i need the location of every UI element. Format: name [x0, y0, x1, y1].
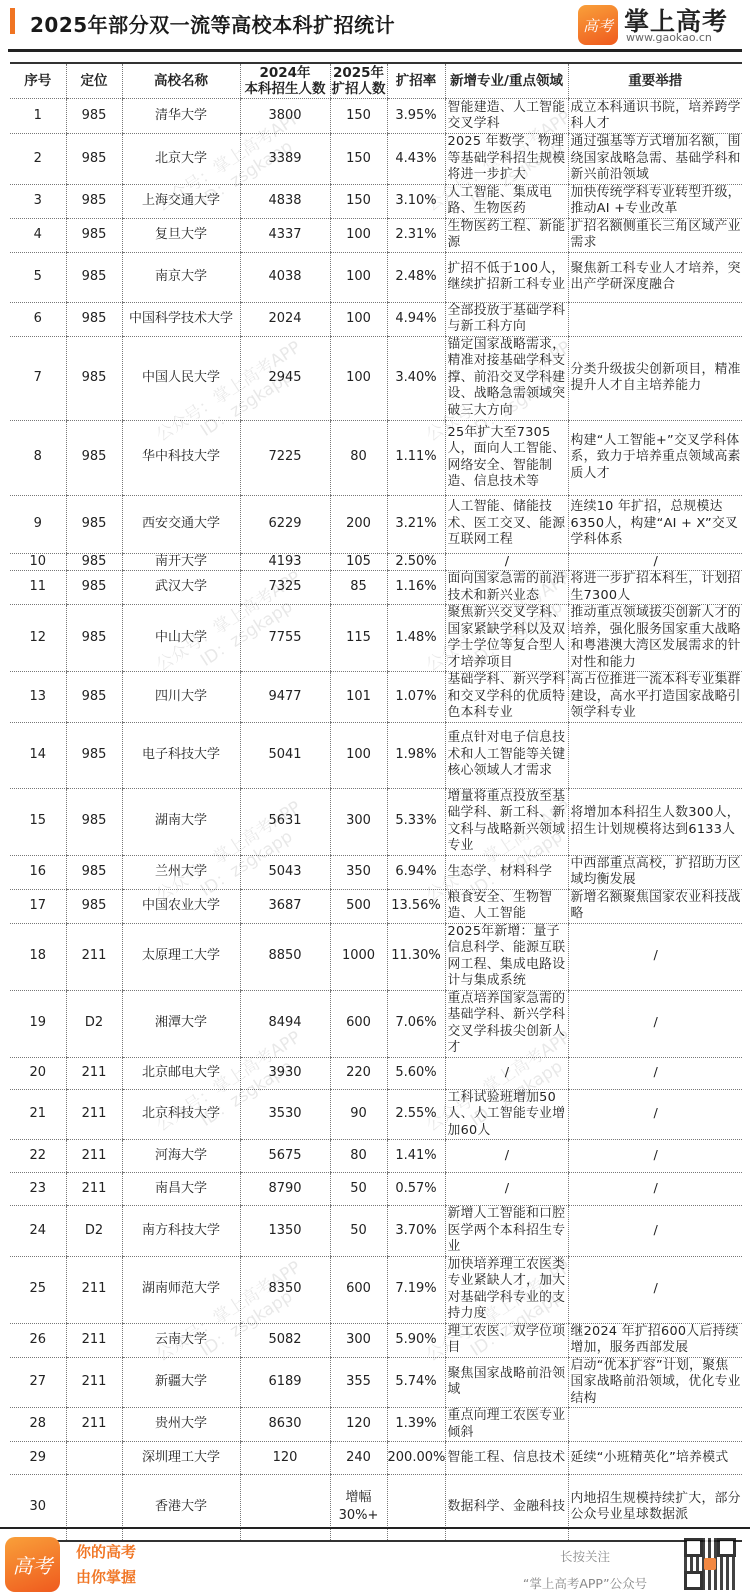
table-row: 18211太原理工大学8850100011.30%2025年新增：量子信息科学、…	[10, 923, 742, 990]
cell-name: 湖南师范大学	[122, 1256, 240, 1323]
cell-name: 新疆大学	[122, 1357, 240, 1408]
cell-measures: 构建“人工智能+”交叉学科体系，致力于培养重点领域高素质人才	[568, 420, 742, 495]
cell-tier: 985	[66, 336, 122, 420]
col-header-enroll-2024-l2: 本科招生人数	[245, 81, 326, 97]
cell-measures: /	[568, 1173, 742, 1206]
cell-expand-2025: 150	[330, 134, 387, 185]
table-row: 8985华中科技大学7225801.11%25年扩大至7305人，面向人工智能、…	[10, 420, 742, 495]
slogan-line-2: 由你掌握	[76, 1565, 136, 1590]
cell-rate	[387, 1475, 445, 1541]
cell-focus: 重点针对电子信息技术和人工智能等关键核心领域人才需求	[445, 722, 568, 788]
cell-expand-2025: 600	[330, 1256, 387, 1323]
cell-name: 中国科学技术大学	[122, 302, 240, 336]
col-header-tier: 定位	[66, 63, 122, 99]
cell-focus: /	[445, 553, 568, 571]
cell-name: 兰州大学	[122, 855, 240, 889]
table-row: 22211河海大学5675801.41%//	[10, 1140, 742, 1173]
cell-tier: 211	[66, 1089, 122, 1140]
cell-rate: 2.50%	[387, 553, 445, 571]
cell-measures: /	[568, 1140, 742, 1173]
cell-measures: 高占位推进一流本科专业集群建设，高水平打造国家战略引领学科专业	[568, 672, 742, 723]
cell-focus: 智能建造、人工智能交叉学科	[445, 99, 568, 134]
cell-focus: /	[445, 1173, 568, 1206]
cell-expand-2025: 150	[330, 99, 387, 134]
cell-measures: /	[568, 923, 742, 990]
cell-tier: 985	[66, 252, 122, 302]
cell-measures: 通过强基等方式增加名额，围绕国家战略急需、基础学科和新兴前沿领域	[568, 134, 742, 185]
table-row: 15985湖南大学56313005.33%增量将重点投放至基础学科、新工科、新文…	[10, 788, 742, 855]
table-row: 25211湖南师范大学83506007.19%加快培养理工农医类专业紧缺人才，加…	[10, 1256, 742, 1323]
cell-no: 21	[10, 1089, 66, 1140]
cell-name: 中国农业大学	[122, 889, 240, 923]
cell-expand-2025: 115	[330, 605, 387, 672]
cell-no: 26	[10, 1323, 66, 1357]
cell-name: 电子科技大学	[122, 722, 240, 788]
cell-rate: 1.11%	[387, 420, 445, 495]
cell-enroll-2024: 4038	[240, 252, 330, 302]
cell-expand-2025: 50	[330, 1206, 387, 1257]
cell-measures: 将进一步扩招本科生，计划招生7300人	[568, 571, 742, 605]
cell-expand-2025: 200	[330, 495, 387, 553]
table-row: 4985复旦大学43371002.31%生物医药工程、新能源扩招名额侧重长三角区…	[10, 218, 742, 252]
cell-enroll-2024: 4337	[240, 218, 330, 252]
table-row: 13985四川大学94771011.07%基础学科、新兴学科和交叉学科的优质特色…	[10, 672, 742, 723]
cell-enroll-2024: 5041	[240, 722, 330, 788]
cell-name: 复旦大学	[122, 218, 240, 252]
cell-focus: 人工智能、储能技术、医工交叉、能源互联网工程	[445, 495, 568, 553]
slogan-line-1: 你的高考	[76, 1540, 136, 1565]
cell-no: 10	[10, 553, 66, 571]
cell-name: 南京大学	[122, 252, 240, 302]
cell-enroll-2024: 3530	[240, 1089, 330, 1140]
cell-measures: /	[568, 1089, 742, 1140]
cell-enroll-2024: 3930	[240, 1057, 330, 1089]
cell-name: 清华大学	[122, 99, 240, 134]
cell-focus: 加快培养理工农医类专业紧缺人才，加大对基础学科专业的支持力度	[445, 1256, 568, 1323]
cell-enroll-2024: 8494	[240, 990, 330, 1057]
table-row: 27211新疆大学61893555.74%聚焦国家战略前沿领域启动“优本扩容”计…	[10, 1357, 742, 1408]
cell-enroll-2024: 9477	[240, 672, 330, 723]
cell-enroll-2024: 6189	[240, 1357, 330, 1408]
cell-name: 西安交通大学	[122, 495, 240, 553]
cell-tier: 985	[66, 218, 122, 252]
cell-tier: 211	[66, 1173, 122, 1206]
cell-focus: 基础学科、新兴学科和交叉学科的优质特色本科专业	[445, 672, 568, 723]
cell-no: 18	[10, 923, 66, 990]
cell-no: 28	[10, 1408, 66, 1442]
cell-measures: /	[568, 553, 742, 571]
cell-focus: 重点向理工农医专业倾斜	[445, 1408, 568, 1442]
follow-line-2: “掌上高考APP”公众号	[520, 1570, 650, 1596]
cell-focus: 智能工程、信息技术	[445, 1442, 568, 1475]
cell-no: 5	[10, 252, 66, 302]
cell-enroll-2024: 1350	[240, 1206, 330, 1257]
cell-name: 中山大学	[122, 605, 240, 672]
cell-name: 四川大学	[122, 672, 240, 723]
cell-rate: 6.94%	[387, 855, 445, 889]
table-row: 1985清华大学38001503.95%智能建造、人工智能交叉学科成立本科通识书…	[10, 99, 742, 134]
cell-enroll-2024: 8630	[240, 1408, 330, 1442]
cell-no: 8	[10, 420, 66, 495]
cell-focus: 重点培养国家急需的基础学科、新兴学科交叉学科拔尖创新人才	[445, 990, 568, 1057]
cell-tier: 985	[66, 889, 122, 923]
cell-enroll-2024: 7325	[240, 571, 330, 605]
col-header-enroll-2024: 2024年本科招生人数	[240, 63, 330, 99]
follow-line-1: 长按关注	[520, 1543, 650, 1570]
table-row: 26211云南大学50823005.90%理工农医、双学位项目继2024 年扩招…	[10, 1323, 742, 1357]
col-header-name: 高校名称	[122, 63, 240, 99]
cell-enroll-2024: 7755	[240, 605, 330, 672]
table-row: 12985中山大学77551151.48%聚焦新兴交叉学科、国家紧缺学科以及双学…	[10, 605, 742, 672]
header-divider	[8, 49, 742, 52]
cell-measures: 推动重点领域拔尖创新人才的培养，强化服务国家重大战略和粤港澳大湾区发展需求的针对…	[568, 605, 742, 672]
cell-focus: 锚定国家战略需求，精准对接基础学科支撑、前沿交叉学科建设、战略急需领域突破三大方…	[445, 336, 568, 420]
cell-measures: 启动“优本扩容”计划，聚焦国家战略前沿领域，优化专业结构	[568, 1357, 742, 1408]
cell-enroll-2024: 3800	[240, 99, 330, 134]
cell-tier: 985	[66, 184, 122, 218]
cell-tier: D2	[66, 1206, 122, 1257]
cell-tier: 211	[66, 923, 122, 990]
cell-focus: 2025年新增：量子信息科学、能源互联网工程、集成电路设计与集成系统	[445, 923, 568, 990]
cell-tier: 985	[66, 420, 122, 495]
cell-expand-2025: 220	[330, 1057, 387, 1089]
cell-expand-2025: 500	[330, 889, 387, 923]
cell-expand-2025: 80	[330, 1140, 387, 1173]
cell-tier: D2	[66, 990, 122, 1057]
cell-rate: 3.95%	[387, 99, 445, 134]
table-row: 11985武汉大学7325851.16%面向国家急需的前沿技术和新兴业态将进一步…	[10, 571, 742, 605]
cell-measures: /	[568, 1256, 742, 1323]
cell-enroll-2024: 8350	[240, 1256, 330, 1323]
col-header-expand-2025-l2: 扩招人数	[332, 81, 386, 97]
qr-code-icon[interactable]	[684, 1538, 736, 1590]
cell-tier: 985	[66, 788, 122, 855]
table-row: 29深圳理工大学120240200.00%智能工程、信息技术延续“小班精英化”培…	[10, 1442, 742, 1475]
cell-expand-2025: 600	[330, 990, 387, 1057]
cell-name: 南开大学	[122, 553, 240, 571]
cell-no: 19	[10, 990, 66, 1057]
cell-measures	[568, 1408, 742, 1442]
cell-measures: 将增加本科招生人数300人，招生计划规模将达到6133人	[568, 788, 742, 855]
page-title: 2025年部分双一流等高校本科扩招统计	[30, 9, 395, 38]
cell-enroll-2024	[240, 1475, 330, 1541]
col-header-rate: 扩招率	[387, 63, 445, 99]
cell-enroll-2024: 5043	[240, 855, 330, 889]
cell-enroll-2024: 4838	[240, 184, 330, 218]
cell-enroll-2024: 3389	[240, 134, 330, 185]
cell-expand-2025: 101	[330, 672, 387, 723]
table-row: 23211南昌大学8790500.57%//	[10, 1173, 742, 1206]
cell-measures: 聚焦新工科专业人才培养，突出产学研深度融合	[568, 252, 742, 302]
table-header-row: 序号 定位 高校名称 2024年本科招生人数 2025年扩招人数 扩招率 新增专…	[10, 63, 742, 99]
cell-no: 27	[10, 1357, 66, 1408]
cell-expand-2025: 100	[330, 252, 387, 302]
cell-measures: 延续“小班精英化”培养模式	[568, 1442, 742, 1475]
cell-no: 24	[10, 1206, 66, 1257]
cell-rate: 200.00%	[387, 1442, 445, 1475]
cell-no: 2	[10, 134, 66, 185]
cell-tier: 211	[66, 1140, 122, 1173]
cell-name: 香港大学	[122, 1475, 240, 1541]
cell-measures: 中西部重点高校，扩招助力区域均衡发展	[568, 855, 742, 889]
table-row: 9985西安交通大学62292003.21%人工智能、储能技术、医工交叉、能源互…	[10, 495, 742, 553]
cell-rate: 0.57%	[387, 1173, 445, 1206]
cell-tier: 211	[66, 1256, 122, 1323]
cell-rate: 2.31%	[387, 218, 445, 252]
table-row: 5985南京大学40381002.48%扩招不低于100人，继续扩招新工科专业聚…	[10, 252, 742, 302]
cell-focus: 理工农医、双学位项目	[445, 1323, 568, 1357]
cell-enroll-2024: 3687	[240, 889, 330, 923]
cell-name: 湖南大学	[122, 788, 240, 855]
cell-tier: 985	[66, 302, 122, 336]
cell-focus: 新增人工智能和口腔医学两个本科招生专业	[445, 1206, 568, 1257]
cell-measures: 扩招名额侧重长三角区域产业需求	[568, 218, 742, 252]
cell-tier	[66, 1475, 122, 1541]
cell-focus: 面向国家急需的前沿技术和新兴业态	[445, 571, 568, 605]
cell-rate: 2.55%	[387, 1089, 445, 1140]
footer-divider	[0, 1527, 750, 1529]
cell-no: 1	[10, 99, 66, 134]
title-accent-bar	[10, 8, 15, 34]
cell-enroll-2024: 8850	[240, 923, 330, 990]
cell-expand-2025: 120	[330, 1408, 387, 1442]
cell-rate: 1.41%	[387, 1140, 445, 1173]
cell-no: 22	[10, 1140, 66, 1173]
cell-name: 北京邮电大学	[122, 1057, 240, 1089]
cell-enroll-2024: 2945	[240, 336, 330, 420]
cell-expand-2025: 300	[330, 788, 387, 855]
cell-measures: 成立本科通识书院，培养跨学科人才	[568, 99, 742, 134]
table-row: 21211北京科技大学3530902.55%工科试验班增加50人、人工智能专业增…	[10, 1089, 742, 1140]
cell-name: 华中科技大学	[122, 420, 240, 495]
table-row: 10985南开大学41931052.50%//	[10, 553, 742, 571]
cell-expand-2025: 240	[330, 1442, 387, 1475]
cell-measures: 加快传统学科专业转型升级，推动AI +专业改革	[568, 184, 742, 218]
cell-tier: 211	[66, 1323, 122, 1357]
cell-no: 15	[10, 788, 66, 855]
table-row: 7985中国人民大学29451003.40%锚定国家战略需求，精准对接基础学科支…	[10, 336, 742, 420]
cell-rate: 1.98%	[387, 722, 445, 788]
cell-expand-2025: 80	[330, 420, 387, 495]
cell-measures: /	[568, 1206, 742, 1257]
cell-rate: 3.10%	[387, 184, 445, 218]
cell-rate: 13.56%	[387, 889, 445, 923]
cell-enroll-2024: 120	[240, 1442, 330, 1475]
brand-url: www.gaokao.cn	[626, 31, 712, 44]
footer-slogan: 你的高考 由你掌握	[76, 1540, 136, 1590]
cell-enroll-2024: 4193	[240, 553, 330, 571]
cell-no: 30	[10, 1475, 66, 1541]
table-row: 3985上海交通大学48381503.10%人工智能、集成电路、生物医药加快传统…	[10, 184, 742, 218]
table-row: 30香港大学增幅30%+数据科学、金融科技内地招生规模持续扩大，部分公众号业星球…	[10, 1475, 742, 1541]
cell-focus: 数据科学、金融科技	[445, 1475, 568, 1541]
cell-name: 北京科技大学	[122, 1089, 240, 1140]
cell-focus: 聚焦国家战略前沿领域	[445, 1357, 568, 1408]
cell-measures: 分类升级拔尖创新项目，精准提升人才自主培养能力	[568, 336, 742, 420]
cell-enroll-2024: 2024	[240, 302, 330, 336]
cell-expand-2025: 增幅30%+	[330, 1475, 387, 1541]
table-row: 14985电子科技大学50411001.98%重点针对电子信息技术和人工智能等关…	[10, 722, 742, 788]
cell-rate: 4.94%	[387, 302, 445, 336]
cell-name: 深圳理工大学	[122, 1442, 240, 1475]
cell-no: 14	[10, 722, 66, 788]
cell-enroll-2024: 5082	[240, 1323, 330, 1357]
cell-tier	[66, 1442, 122, 1475]
cell-no: 3	[10, 184, 66, 218]
cell-expand-2025: 90	[330, 1089, 387, 1140]
follow-prompt: 长按关注 “掌上高考APP”公众号	[520, 1543, 650, 1596]
cell-measures: /	[568, 990, 742, 1057]
cell-no: 9	[10, 495, 66, 553]
cell-expand-2025: 100	[330, 302, 387, 336]
cell-name: 贵州大学	[122, 1408, 240, 1442]
cell-no: 29	[10, 1442, 66, 1475]
cell-name: 南方科技大学	[122, 1206, 240, 1257]
cell-focus: 全部投放于基础学科与新工科方向	[445, 302, 568, 336]
cell-focus: 生物医药工程、新能源	[445, 218, 568, 252]
cell-measures: 新增名额聚焦国家农业科技战略	[568, 889, 742, 923]
footer-logo-icon: 高考	[5, 1537, 60, 1592]
cell-focus: 25年扩大至7305人，面向人工智能、网络安全、智能制造、信息技术等	[445, 420, 568, 495]
cell-expand-2025: 85	[330, 571, 387, 605]
table-row: 16985兰州大学50433506.94%生态学、材料科学中西部重点高校，扩招助…	[10, 855, 742, 889]
cell-tier: 985	[66, 495, 122, 553]
cell-name: 湘潭大学	[122, 990, 240, 1057]
table-row: 17985中国农业大学368750013.56%粮食安全、生物智造、人工智能新增…	[10, 889, 742, 923]
cell-tier: 211	[66, 1057, 122, 1089]
table-row: 2985北京大学33891504.43%2025 年数学、物理等基础学科招生规模…	[10, 134, 742, 185]
cell-name: 南昌大学	[122, 1173, 240, 1206]
cell-focus: /	[445, 1057, 568, 1089]
cell-rate: 3.40%	[387, 336, 445, 420]
cell-expand-2025: 100	[330, 218, 387, 252]
cell-rate: 3.21%	[387, 495, 445, 553]
cell-rate: 1.16%	[387, 571, 445, 605]
cell-tier: 985	[66, 605, 122, 672]
cell-enroll-2024: 6229	[240, 495, 330, 553]
cell-rate: 5.74%	[387, 1357, 445, 1408]
cell-focus: 扩招不低于100人，继续扩招新工科专业	[445, 252, 568, 302]
table-row: 20211北京邮电大学39302205.60%//	[10, 1057, 742, 1089]
cell-tier: 985	[66, 99, 122, 134]
cell-name: 河海大学	[122, 1140, 240, 1173]
cell-rate: 3.70%	[387, 1206, 445, 1257]
page-header: 2025年部分双一流等高校本科扩招统计 高考 掌上高考 www.gaokao.c…	[0, 0, 750, 48]
cell-no: 20	[10, 1057, 66, 1089]
cell-expand-2025: 105	[330, 553, 387, 571]
cell-tier: 985	[66, 134, 122, 185]
cell-expand-2025: 350	[330, 855, 387, 889]
cell-rate: 1.07%	[387, 672, 445, 723]
cell-name: 中国人民大学	[122, 336, 240, 420]
cell-no: 13	[10, 672, 66, 723]
cell-tier: 985	[66, 722, 122, 788]
cell-name: 上海交通大学	[122, 184, 240, 218]
col-header-enroll-2024-l1: 2024年	[259, 65, 310, 81]
cell-enroll-2024: 5631	[240, 788, 330, 855]
table-body: 1985清华大学38001503.95%智能建造、人工智能交叉学科成立本科通识书…	[10, 99, 742, 1541]
cell-measures	[568, 302, 742, 336]
cell-enroll-2024: 5675	[240, 1140, 330, 1173]
cell-enroll-2024: 7225	[240, 420, 330, 495]
cell-rate: 1.39%	[387, 1408, 445, 1442]
cell-expand-2025: 50	[330, 1173, 387, 1206]
table-row: 24D2南方科技大学1350503.70%新增人工智能和口腔医学两个本科招生专业…	[10, 1206, 742, 1257]
cell-rate: 5.33%	[387, 788, 445, 855]
cell-focus: /	[445, 1140, 568, 1173]
cell-tier: 985	[66, 553, 122, 571]
qr-logo	[704, 1558, 716, 1570]
cell-measures: /	[568, 1057, 742, 1089]
cell-enroll-2024: 8790	[240, 1173, 330, 1206]
cell-measures: 继2024 年扩招600人后持续增加，服务西部发展	[568, 1323, 742, 1357]
cell-no: 12	[10, 605, 66, 672]
cell-focus: 聚焦新兴交叉学科、国家紧缺学科以及双学士学位等复合型人才培养项目	[445, 605, 568, 672]
cell-focus: 2025 年数学、物理等基础学科招生规模将进一步扩大	[445, 134, 568, 185]
cell-rate: 1.48%	[387, 605, 445, 672]
cell-name: 北京大学	[122, 134, 240, 185]
enrollment-table: 序号 定位 高校名称 2024年本科招生人数 2025年扩招人数 扩招率 新增专…	[10, 62, 742, 1542]
table-row: 28211贵州大学86301201.39%重点向理工农医专业倾斜	[10, 1408, 742, 1442]
cell-rate: 7.06%	[387, 990, 445, 1057]
cell-no: 16	[10, 855, 66, 889]
cell-focus: 人工智能、集成电路、生物医药	[445, 184, 568, 218]
cell-name: 太原理工大学	[122, 923, 240, 990]
qr-finder	[684, 1571, 703, 1590]
cell-no: 25	[10, 1256, 66, 1323]
cell-expand-2025: 150	[330, 184, 387, 218]
cell-expand-2025: 100	[330, 336, 387, 420]
cell-tier: 985	[66, 672, 122, 723]
cell-rate: 7.19%	[387, 1256, 445, 1323]
col-header-expand-2025: 2025年扩招人数	[330, 63, 387, 99]
cell-no: 6	[10, 302, 66, 336]
cell-tier: 985	[66, 571, 122, 605]
cell-measures: 内地招生规模持续扩大，部分公众号业星球数据派	[568, 1475, 742, 1541]
cell-no: 11	[10, 571, 66, 605]
cell-no: 4	[10, 218, 66, 252]
cell-expand-2025: 355	[330, 1357, 387, 1408]
cell-no: 23	[10, 1173, 66, 1206]
cell-expand-2025: 100	[330, 722, 387, 788]
col-header-focus: 新增专业/重点领域	[445, 63, 568, 99]
cell-focus: 工科试验班增加50人、人工智能专业增加60人	[445, 1089, 568, 1140]
cell-rate: 4.43%	[387, 134, 445, 185]
cell-rate: 5.60%	[387, 1057, 445, 1089]
cell-no: 17	[10, 889, 66, 923]
cell-no: 7	[10, 336, 66, 420]
cell-focus: 增量将重点投放至基础学科、新工科、新文科与战略新兴领域专业	[445, 788, 568, 855]
cell-rate: 5.90%	[387, 1323, 445, 1357]
cell-expand-2025: 300	[330, 1323, 387, 1357]
col-header-expand-2025-l1: 2025年	[333, 65, 384, 81]
cell-measures	[568, 722, 742, 788]
cell-tier: 211	[66, 1357, 122, 1408]
cell-tier: 985	[66, 855, 122, 889]
brand-logo-icon: 高考	[578, 5, 618, 45]
col-header-measures: 重要举措	[568, 63, 742, 99]
col-header-no: 序号	[10, 63, 66, 99]
cell-expand-2025: 1000	[330, 923, 387, 990]
table-row: 19D2湘潭大学84946007.06%重点培养国家急需的基础学科、新兴学科交叉…	[10, 990, 742, 1057]
cell-rate: 2.48%	[387, 252, 445, 302]
cell-tier: 211	[66, 1408, 122, 1442]
cell-name: 武汉大学	[122, 571, 240, 605]
cell-rate: 11.30%	[387, 923, 445, 990]
table-row: 6985中国科学技术大学20241004.94%全部投放于基础学科与新工科方向	[10, 302, 742, 336]
cell-focus: 生态学、材料科学	[445, 855, 568, 889]
cell-focus: 粮食安全、生物智造、人工智能	[445, 889, 568, 923]
